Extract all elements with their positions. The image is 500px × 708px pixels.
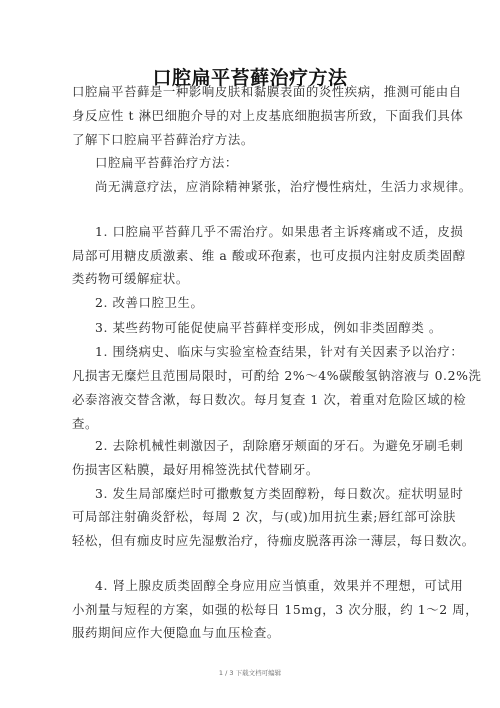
list-item-line: 伤损害区粘膜，最好用棉签洗拭代替刷牙。 [72, 462, 319, 478]
list-item-line: 1. 口腔扁平苔藓几乎不需治疗。如果患者主诉疼痛或不适，皮损 [95, 224, 463, 240]
section-heading: 口腔扁平苔藓治疗方法： [95, 155, 238, 171]
list-item-line: 轻松，但有痂皮时应先湿敷治疗，待痂皮脱落再涂一薄层，每日数次。 [72, 533, 475, 549]
list-item-line: 2. 改善口腔卫生。 [95, 295, 204, 311]
paragraph-line: 口腔扁平苔藓是一种影响皮肤和黏膜表面的炎性疾病，推测可能由自 [72, 84, 462, 100]
paragraph-line: 尚无满意疗法，应消除精神紧张，治疗慢性病灶，生活力求规律。 [95, 179, 472, 195]
list-item-line: 4. 肾上腺皮质类固醇全身应用应当慎重，效果并不理想，可试用 [95, 578, 463, 594]
list-item-line: 小剂量与短程的方案，如强的松每日 15mg，3 次分服，约 1～2 周， [72, 602, 478, 618]
page-footer: 1 / 3 下载文档可编辑 [0, 668, 500, 677]
paragraph-line: 了解下口腔扁平苔藓治疗方法。 [72, 132, 254, 148]
list-item-line: 局部可用糖皮质激素、维 a 酸或环孢素，也可皮损内注射皮质类固醇 [72, 248, 466, 264]
list-item-line: 3. 某些药物可能促使扁平苔藓样变形成，例如非类固醇类 。 [95, 320, 442, 336]
list-item-line: 凡损害无糜烂且范围局限时，可酌给 2%～4%碳酸氢钠溶液与 0.2%洗 [72, 368, 481, 384]
list-item-line: 1. 围绕病史、临床与实验室检查结果，针对有关因素予以治疗： [95, 344, 463, 360]
list-item-line: 3. 发生局部糜烂时可撒敷复方类固醇粉，每日数次。症状明显时 [95, 486, 463, 502]
list-item-line: 必泰溶液交替含漱，每日数次。每月复查 1 次，着重对危险区域的检 [72, 392, 466, 408]
document-page: 口腔扁平苔藓治疗方法 口腔扁平苔藓是一种影响皮肤和黏膜表面的炎性疾病，推测可能由… [0, 0, 500, 708]
list-item-line: 查。 [72, 416, 98, 432]
paragraph-line: 身反应性 t 淋巴细胞介导的对上皮基底细胞损害所致，下面我们具体 [72, 108, 463, 124]
list-item-line: 服药期间应作大便隐血与血压检查。 [72, 625, 280, 641]
list-item-line: 可局部注射确炎舒松，每周 2 次，与(或)加用抗生素;唇红部可涂肤 [72, 509, 456, 525]
list-item-line: 2. 去除机械性刺激因子，刮除磨牙颊面的牙石。为避免牙刷毛刺 [95, 438, 463, 454]
list-item-line: 类药物可缓解症状。 [72, 271, 189, 287]
